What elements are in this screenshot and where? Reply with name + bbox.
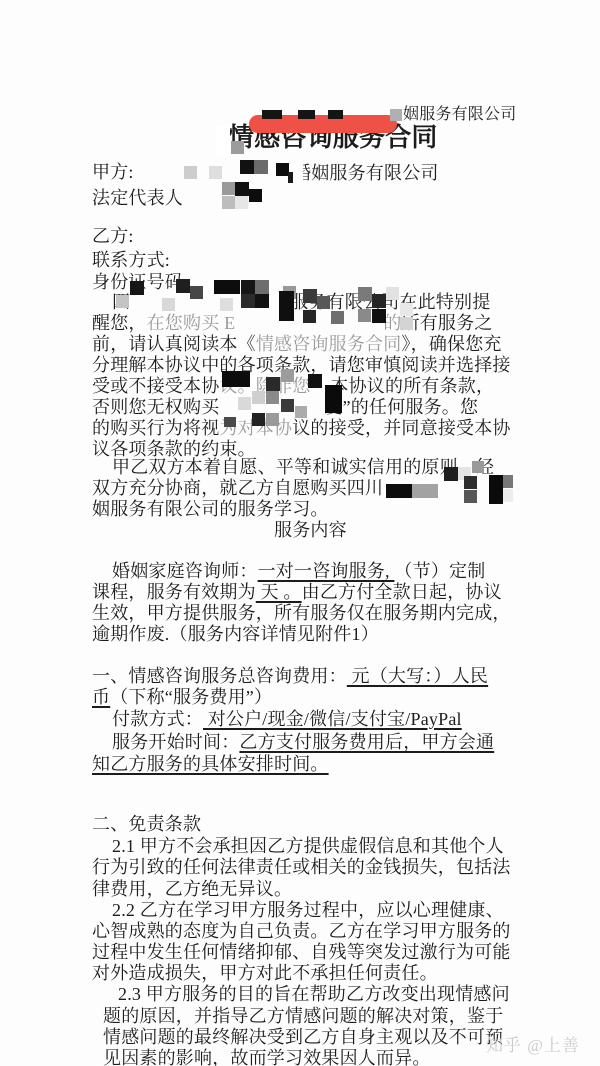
- mosaic-redaction-block: [386, 484, 412, 498]
- text-segment: 课程，服务有效期为: [92, 582, 256, 602]
- mosaic-redaction-block: [130, 281, 144, 295]
- mosaic-redaction-block: [176, 279, 190, 293]
- contract-text-line: 分理解本协议中的各项条款，请您审慎阅读并选择接: [92, 356, 511, 375]
- contract-text-line: 姻服务有限公司: [403, 106, 516, 123]
- text-segment: （下称“服务费用”）: [110, 687, 272, 707]
- mosaic-redaction-block: [372, 309, 386, 323]
- redacted-gap: [92, 851, 112, 852]
- contract-text-line: 见因素的影响，故而学习效果因人而异。: [103, 1049, 431, 1066]
- text-segment: 法定代表人: [92, 188, 183, 208]
- contract-text-line: 题的原因，并指导乙方情感问题的解决对策，鉴于: [103, 1007, 503, 1026]
- text-segment: 一、情感咨询服务总咨询费用：: [92, 666, 347, 686]
- mosaic-redaction-block: [238, 397, 251, 410]
- contract-text-line: 服务内容: [274, 521, 347, 540]
- text-segment: 甲乙双方本着自愿、平等和诚实信用的原则，经: [112, 457, 494, 477]
- text-segment: （节）定制: [394, 561, 485, 581]
- text-segment: 币: [92, 687, 110, 707]
- contract-text-line: 一、情感咨询服务总咨询费用： 元（大写：）人民: [92, 667, 488, 686]
- text-segment: 乙方:: [92, 226, 134, 246]
- contract-text-line: 婚姻服务有限公司: [293, 164, 439, 183]
- mosaic-redaction-block: [216, 126, 230, 156]
- contract-text-line: 生效，甲方提供服务，所有服务仅在服务期内完成，: [92, 604, 511, 623]
- text-segment: 对外造成损失，甲方对此不承担任何责任。: [92, 963, 438, 983]
- text-segment: 过程中发生任何情绪抑郁、自残等突发过激行为可能: [92, 942, 511, 962]
- mosaic-redaction-block: [295, 406, 307, 418]
- mosaic-redaction-block: [214, 280, 240, 294]
- mosaic-redaction-block: [252, 391, 265, 404]
- contract-text-line: 服务开始时间：乙方支付服务费用后，甲方会通: [92, 733, 494, 752]
- contract-text-line: 乙方:: [92, 227, 134, 246]
- contract-text-line: 婚姻家庭咨询师：一对一咨询服务, （节）定制: [92, 562, 485, 581]
- mosaic-redaction-block: [116, 295, 129, 308]
- text-segment: 行为引致的任何法律责任或相关的金钱损失，包括法: [92, 857, 511, 877]
- text-segment: 婚姻家庭咨询师：: [112, 561, 258, 581]
- text-segment: 二、免责条款: [92, 814, 201, 834]
- mosaic-redaction-block: [489, 475, 503, 504]
- redacted-gap: [92, 307, 112, 308]
- text-segment: 律费用，乙方绝无异议。: [92, 879, 292, 899]
- contract-text-line: 甲方:: [92, 163, 134, 182]
- document-page: 姻服务有限公司情感咨询服务合同甲方:婚姻服务有限公司法定代表人乙方:联系方式:身…: [0, 0, 600, 1066]
- mosaic-redaction-block: [400, 317, 413, 330]
- contract-text-line: 课程，服务有效期为 天 。由乙方付全款日起，协议: [92, 583, 502, 602]
- text-segment: 见因素的影响，故而学习效果因人而异。: [103, 1048, 431, 1066]
- mosaic-redaction-block: [262, 110, 282, 119]
- contract-text-line: 2.3 甲方服务的目的旨在帮助乙方改变出现情感问: [92, 985, 510, 1004]
- mosaic-redaction-block: [279, 291, 294, 321]
- text-segment: 的购买行为将视: [92, 418, 219, 438]
- mosaic-redaction-block: [184, 166, 197, 179]
- contract-text-line: 逾期作废.（服务内容详情见附件1）: [92, 625, 379, 644]
- text-segment: 知乙方服务的具体安排时间。: [92, 754, 329, 774]
- mosaic-redaction-block: [331, 311, 344, 324]
- text-segment: 前，请认真阅读本《: [92, 334, 256, 354]
- text-segment: 天 。: [256, 582, 302, 602]
- contract-text-line: 心智成熟的态度为自己负责。乙方在学习甲方服务的: [92, 922, 511, 941]
- mosaic-redaction-block: [222, 182, 235, 195]
- contract-text-line: 联系方式:: [92, 251, 170, 270]
- contract-text-line: 2.1 甲方不会承担因乙方提供虚假信息和其他个人: [92, 837, 504, 856]
- mosaic-redaction-block: [293, 163, 303, 185]
- contract-text-line: 前，请认真阅读本《情感咨询服务合同》，确保您充: [92, 335, 502, 354]
- mosaic-redaction-block: [298, 110, 315, 119]
- text-segment: 服务内容: [274, 520, 347, 540]
- text-segment: 2.3 甲方服务的目的旨在帮助乙方改变出现情感问: [118, 984, 510, 1004]
- contract-text-line: 知乙方服务的具体安排时间。: [92, 755, 329, 774]
- mosaic-redaction-block: [328, 110, 343, 119]
- text-segment: 甲方:: [92, 162, 134, 182]
- mosaic-redaction-block: [317, 296, 330, 309]
- redacted-gap: [92, 747, 112, 748]
- mosaic-redaction-block: [281, 369, 294, 382]
- redacted-gap: [92, 576, 112, 577]
- contract-text-line: 律费用，乙方绝无异议。: [92, 880, 292, 899]
- mosaic-redaction-block: [190, 286, 203, 299]
- text-segment: 付款方式：: [112, 709, 203, 729]
- mosaic-redaction-block: [162, 298, 175, 311]
- mosaic-redaction-block: [386, 287, 399, 300]
- mosaic-redaction-block: [303, 289, 317, 303]
- mosaic-redaction-block: [444, 467, 458, 481]
- text-segment: 婚姻服务有限公司: [293, 163, 439, 183]
- mosaic-redaction-block: [235, 196, 248, 209]
- contract-text-line: 2.2 乙方在学习甲方服务过程中，应以心理健康、: [92, 901, 504, 920]
- contract-text-line: 币（下称“服务费用”）: [92, 688, 272, 707]
- text-segment: 由乙方付全款日起，协议: [302, 582, 502, 602]
- contract-text-line: 双方充分协商，就乙方自愿购买四川: [92, 479, 383, 498]
- text-segment: 受或不接受本协: [92, 376, 219, 396]
- contract-text-line: 付款方式： 对公户/现金/微信/支付宝/PayPal: [92, 710, 462, 729]
- contract-text-line: 对外造成损失，甲方对此不承担任何责任。: [92, 964, 438, 983]
- mosaic-redaction-block: [281, 399, 294, 412]
- mosaic-redaction-block: [220, 298, 233, 311]
- text-segment: 生效，甲方提供服务，所有服务仅在服务期内完成，: [92, 603, 511, 623]
- text-segment: 爱”的任何服务。您: [324, 397, 478, 417]
- mosaic-redaction-block: [266, 413, 279, 426]
- mosaic-redaction-block: [255, 294, 269, 308]
- mosaic-redaction-block: [400, 303, 413, 316]
- text-segment: 的: [383, 313, 401, 333]
- text-segment: 乙方支付服务费用后，甲方会通: [239, 732, 494, 752]
- text-segment: 双方充分协商，就乙方自愿购买四川: [92, 478, 383, 498]
- text-segment: 心智成熟的态度为自己负责。乙方在学习甲方服务的: [92, 921, 511, 941]
- mosaic-redaction-block: [464, 490, 477, 503]
- mosaic-redaction-block: [252, 413, 265, 426]
- text-segment: 姻服务有限公司的服务学习。: [92, 499, 329, 519]
- text-segment: 醒您，: [92, 313, 147, 333]
- mosaic-redaction-block: [412, 484, 438, 498]
- mosaic-redaction-block: [358, 309, 371, 322]
- watermark: 知乎 @上善: [486, 1031, 580, 1056]
- mosaic-redaction-block: [266, 377, 280, 391]
- contract-text-line: 的购买行为将视为对本协议的接受，并同意接受本协: [92, 419, 511, 438]
- mosaic-redaction-block: [472, 461, 484, 473]
- text-segment: 联系方式:: [92, 250, 170, 270]
- mosaic-redaction-block: [222, 196, 235, 209]
- text-segment: 否则您无权购买: [92, 397, 219, 417]
- redacted-gap: [92, 999, 118, 1000]
- mosaic-redaction-block: [390, 109, 402, 121]
- text-segment: 所有服务之: [402, 313, 493, 333]
- text-segment: 一对一咨询服务,: [258, 561, 395, 581]
- mosaic-redaction-block: [240, 160, 254, 174]
- redacted-gap: [92, 915, 112, 916]
- text-segment: 议各项条款的约束。: [92, 439, 256, 459]
- mosaic-redaction-block: [464, 476, 477, 489]
- mosaic-redaction-block: [503, 489, 513, 502]
- mosaic-redaction-block: [241, 280, 255, 294]
- redacted-gap: [92, 472, 112, 473]
- text-segment: 在您购买 E: [147, 313, 236, 333]
- mosaic-redaction-block: [249, 189, 262, 202]
- mosaic-redaction-block: [241, 294, 255, 308]
- contract-text-line: 二、免责条款: [92, 815, 201, 834]
- text-segment: 2.2 乙方在学习甲方服务过程中，应以心理健康、: [112, 900, 504, 920]
- text-segment: 分理解本协议中的各项条款，请您审慎阅读并选择接: [92, 355, 511, 375]
- mosaic-redaction-block: [231, 141, 244, 154]
- contract-text-line: 行为引致的任何法律责任或相关的金钱损失，包括法: [92, 858, 511, 877]
- text-segment: 情感问题的最终解决受到乙方自身主观以及不可预: [103, 1027, 503, 1047]
- text-segment: 议的接受，并同意接受本协: [292, 418, 510, 438]
- contract-text-line: 过程中发生任何情绪抑郁、自残等突发过激行为可能: [92, 943, 511, 962]
- text-segment: 服务开始时间：: [112, 732, 239, 752]
- mosaic-redaction-block: [222, 371, 250, 387]
- text-segment: 题的原因，并指导乙方情感问题的解决对策，鉴于: [103, 1006, 503, 1026]
- mosaic-redaction-block: [358, 287, 372, 301]
- mosaic-redaction-block: [255, 280, 269, 294]
- text-segment: 本协议的所有条款，: [330, 376, 494, 396]
- mosaic-redaction-block: [303, 310, 316, 323]
- contract-text-line: 情感问题的最终解决受到乙方自身主观以及不可预: [103, 1028, 503, 1047]
- text-segment: 》，确保您充: [401, 334, 501, 354]
- mosaic-redaction-block: [308, 374, 322, 388]
- mosaic-redaction-block: [325, 385, 342, 413]
- text-segment: 2.1 甲方不会承担因乙方提供虚假信息和其他个人: [112, 836, 504, 856]
- redacted-gap: [92, 724, 112, 725]
- mosaic-redaction-block: [266, 391, 279, 404]
- text-segment: 姻服务有限公司: [403, 106, 516, 123]
- contract-text-line: 姻服务有限公司的服务学习。: [92, 500, 329, 519]
- text-segment: 情感咨询服务合同: [256, 334, 402, 354]
- mosaic-redaction-block: [372, 294, 386, 308]
- mosaic-redaction-block: [209, 166, 222, 179]
- contract-text-line: 甲乙双方本着自愿、平等和诚实信用的原则，经: [92, 458, 494, 477]
- mosaic-redaction-block: [235, 182, 249, 196]
- text-segment: 逾期作废.（服务内容详情见附件1）: [92, 624, 379, 644]
- text-segment: 元（大写：）人民: [347, 666, 488, 686]
- mosaic-redaction-block: [254, 160, 268, 174]
- contract-text-line: 法定代表人: [92, 189, 183, 208]
- mosaic-redaction-block: [224, 417, 236, 427]
- text-segment: 对公户/现金/微信/支付宝/PayPal: [203, 709, 462, 729]
- mosaic-redaction-block: [503, 475, 513, 488]
- redacted-gap: [235, 328, 383, 329]
